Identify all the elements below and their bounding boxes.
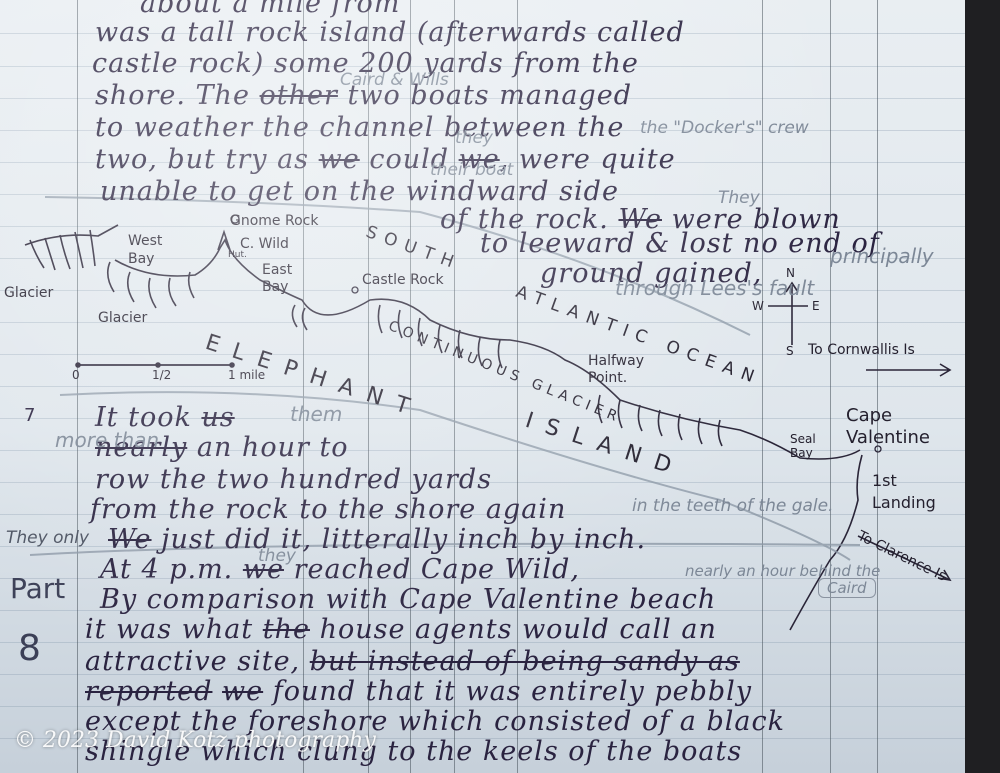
map-label-west-bay: West Bay — [128, 232, 188, 268]
text-segment: attractive site, — [85, 646, 300, 677]
text-line: attractive site, but instead of being sa… — [85, 646, 740, 677]
text-segment: two, but try as — [95, 144, 309, 175]
text-line: two, but try as we could we, were quite — [95, 144, 676, 175]
text-line: By comparison with Cape Valentine beach — [100, 584, 716, 615]
pencil-note: they — [258, 546, 296, 566]
compass-south: S — [786, 344, 794, 358]
map-label-to-cornwallis: To Cornwallis Is — [808, 342, 915, 358]
map-label-castle-rock: Castle Rock — [362, 272, 444, 288]
pencil-note-boxed: Caird — [818, 578, 876, 598]
map-label-first-landing: 1st Landing — [872, 470, 962, 514]
text-line: from the rock to the shore again — [90, 494, 566, 525]
struck-word: reported — [85, 676, 212, 707]
part-number: 8 — [18, 628, 41, 669]
text-segment: , were quite — [500, 144, 676, 175]
compass-east: E — [812, 299, 820, 313]
text-segment: house agents would call an — [320, 614, 717, 645]
pencil-note: their boat — [430, 160, 513, 180]
text-line: to leeward & lost no end of — [480, 228, 880, 259]
diary-page: about a mile from was a tall rock island… — [0, 0, 965, 773]
map-label-glacier-bottom: Glacier — [98, 310, 147, 326]
map-label-cape-valentine: Cape Valentine — [846, 405, 965, 449]
map-label-glacier-left: Glacier — [4, 285, 53, 301]
struck-word: us — [201, 402, 234, 433]
pencil-note: Caird & Wills — [340, 70, 449, 90]
pencil-note: them — [290, 402, 342, 426]
text-line: We just did it, litterally inch by inch. — [108, 524, 646, 555]
map-label-c-wild: C. Wild — [240, 236, 289, 252]
text-segment: it was what — [85, 614, 253, 645]
pencil-note: they — [455, 128, 493, 148]
text-line: unable to get on the windward side — [100, 176, 619, 207]
compass-north: N — [786, 266, 795, 280]
map-label-seal-bay: Seal Bay — [790, 432, 826, 460]
text-line: reported we found that it was entirely p… — [85, 676, 752, 707]
struck-word: We — [108, 524, 152, 555]
struck-word: other — [260, 80, 338, 111]
compass-west: W — [752, 299, 764, 313]
pencil-note: They only — [6, 528, 89, 548]
text-line: to weather the channel between the — [95, 112, 624, 143]
struck-word: we — [319, 144, 360, 175]
text-segment: reached Cape Wild, — [294, 554, 580, 585]
map-label-east-bay: East Bay — [262, 262, 302, 296]
struck-word: we — [222, 676, 263, 707]
part-label: Part — [10, 572, 65, 605]
pencil-note: more than — [55, 428, 159, 452]
scale-label-mid: 1/2 — [152, 368, 171, 382]
text-line: was a tall rock island (afterwards calle… — [95, 17, 685, 48]
pencil-note: They — [718, 188, 760, 208]
text-segment: found that it was entirely pebbly — [273, 676, 752, 707]
margin-mark: 7 — [24, 405, 35, 426]
text-segment: just did it, litterally inch by inch. — [161, 524, 646, 555]
map-label-hut: Hut. — [228, 250, 247, 260]
text-segment: an hour to — [197, 432, 349, 463]
scale-label-end: 1 mile — [228, 368, 265, 382]
copyright-watermark: © 2023 David Kotz photography — [14, 728, 376, 753]
text-segment: shore. The — [95, 80, 250, 111]
text-line: At 4 p.m. we reached Cape Wild, — [100, 554, 580, 585]
scale-label-start: 0 — [72, 368, 80, 382]
text-line: it was what the house agents would call … — [85, 614, 717, 645]
map-label-gnome-rock: Gnome Rock — [230, 213, 318, 229]
pencil-note: through Lees's fault — [615, 276, 814, 300]
text-line: row the two hundred yards — [95, 464, 492, 495]
map-label-halfway-point: Halfway Point. — [588, 353, 678, 387]
struck-word: the — [263, 614, 310, 645]
pencil-note: the "Docker's" crew — [640, 118, 809, 138]
text-segment: At 4 p.m. — [100, 554, 233, 585]
struck-word: but instead of being sandy as — [310, 646, 740, 677]
pencil-note: in the teeth of the gale. — [632, 496, 834, 516]
pencil-note: principally — [830, 244, 934, 268]
